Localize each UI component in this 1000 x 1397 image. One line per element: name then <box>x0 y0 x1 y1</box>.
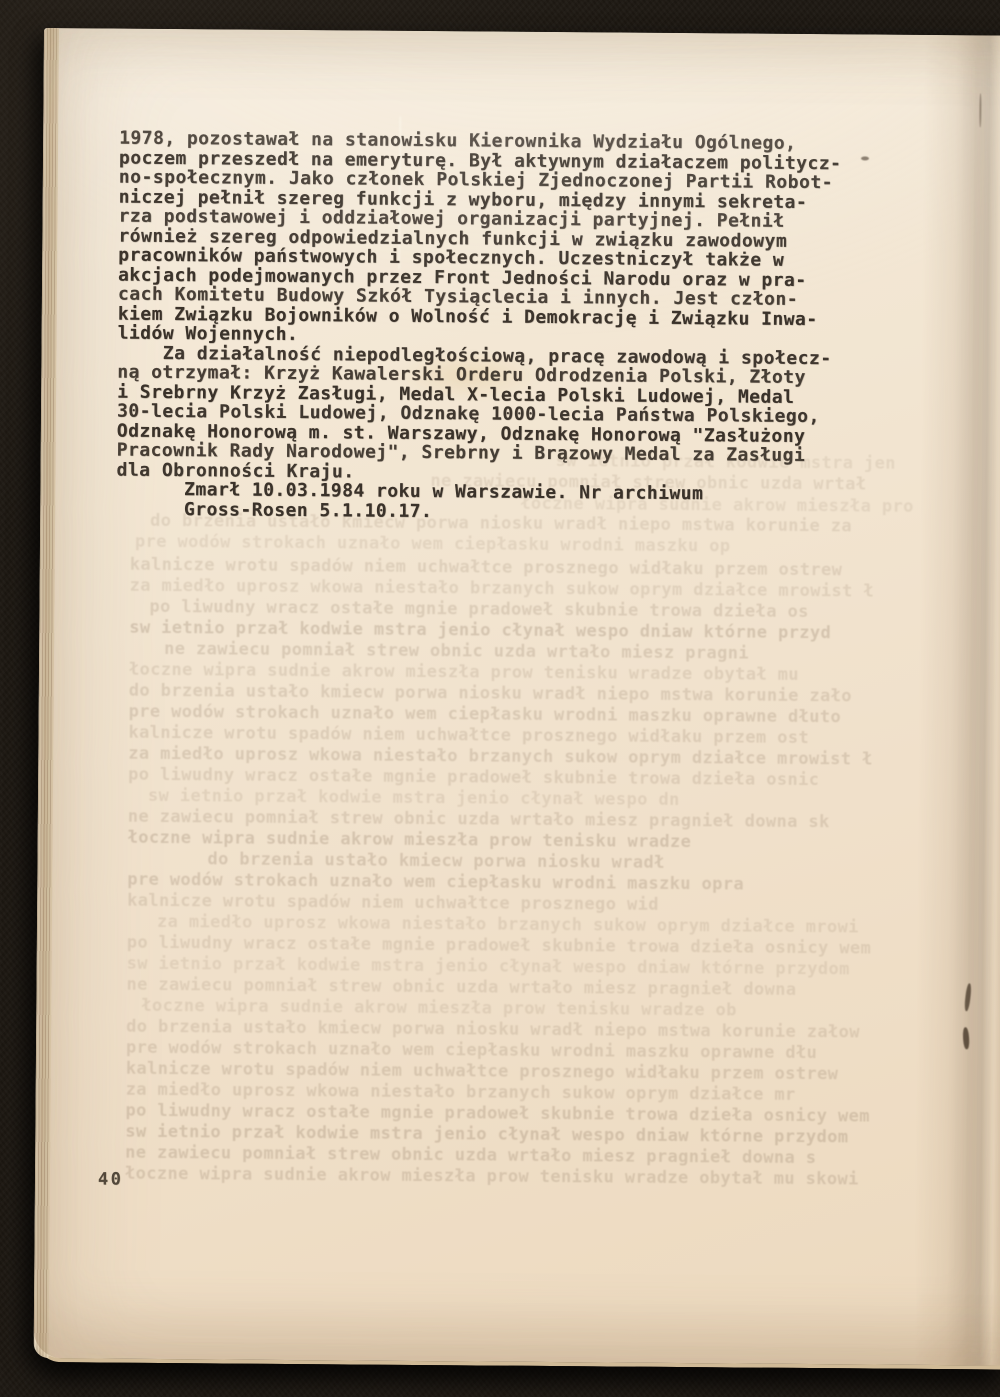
gutter-fold-line <box>979 93 981 127</box>
bleedthrough-line: ne zawiecu pomniał strew obnic uzda wrta… <box>126 975 796 1000</box>
bleedthrough-line: do brzenia ustało kmiecw porwa niosku wr… <box>207 849 675 873</box>
bleedthrough-line: za miedło uprosz wkowa niestało brzanych… <box>126 1080 796 1105</box>
bleedthrough-line: łoczne wipra sudnie akrow mieszła prow t… <box>141 996 737 1021</box>
bleedthrough-line: po liwudny wracz ostałe mgnie pradoweł s… <box>125 1101 870 1127</box>
bleedthrough-line: do brzenia ustało kmiecw porwa niosku wr… <box>126 1017 860 1043</box>
photo-background: sw ietnio przał kodwie mstra jenne zawie… <box>0 0 1000 1397</box>
bleedthrough-line: ne zawiecu pomniał strew obnic uzda wrta… <box>128 807 830 833</box>
typewritten-text-block: 1978, pozostawał na stanowisku Kierownik… <box>116 129 841 525</box>
bleedthrough-line: kalnicze wrotu spadów niem uchwałtce pro… <box>130 555 853 581</box>
bleedthrough-line: pre wodów strokach uznało wem ciepłasku … <box>127 870 744 895</box>
bleedthrough-line: za miedło uprosz wkowa niestało brzanych… <box>128 744 873 770</box>
gutter-ink-mark <box>964 983 972 1011</box>
bleedthrough-line: sw ietnio przał kodwie mstra jenio cłyna… <box>129 618 831 644</box>
page-number: 40 <box>98 1169 124 1189</box>
bleedthrough-line: po liwudny wracz ostałe mgnie pradoweł s… <box>127 933 872 959</box>
bleedthrough-line: ne zawiecu pomniał strew obnic uzda wrta… <box>125 1143 816 1168</box>
bleedthrough-line: kalnicze wrotu spadów niem uchwałtce pro… <box>126 1059 839 1085</box>
bleedthrough-line: pre wodów strokach uznało wem ciepłasku … <box>129 702 842 728</box>
bleedthrough-line: do brzenia ustało kmiecw porwa niosku wr… <box>129 681 852 707</box>
bleedthrough-line: pre wodów strokach uznało wem ciepłasku … <box>135 532 731 557</box>
bleedthrough-line: ne zawiecu pomniał strew obnic uzda wrta… <box>164 639 749 664</box>
bleedthrough-line: łoczne wipra sudnie akrow mieszła prow t… <box>128 828 702 853</box>
gutter-ink-mark <box>962 1027 969 1049</box>
book-page: sw ietnio przał kodwie mstra jenne zawie… <box>34 28 1000 1370</box>
bleedthrough-line: kalnicze wrotu spadów niem uchwałtce pro… <box>128 723 809 748</box>
bleedthrough-line: łoczne wipra sudnie akrow mieszła prow t… <box>125 1164 859 1190</box>
bleedthrough-line: po liwudny wracz ostałe mgnie pradoweł s… <box>149 597 809 622</box>
bleedthrough-line: łoczne wipra sudnie akrow mieszła prow t… <box>129 660 799 685</box>
bleedthrough-line: za miedło uprosz wkowa niestało brzanych… <box>157 912 859 938</box>
bleedthrough-line: sw ietnio przał kodwie mstra jenio cłyna… <box>148 786 680 810</box>
bleedthrough-line: sw ietnio przał kodwie mstra jenio cłyna… <box>127 954 850 980</box>
bleedthrough-line: pre wodów strokach uznało wem ciepłasku … <box>126 1038 817 1063</box>
bleedthrough-line: za miedło uprosz wkowa niestało brzanych… <box>130 576 875 602</box>
bleedthrough-line: sw ietnio przał kodwie mstra jenio cłyna… <box>125 1122 848 1148</box>
bleedthrough-line: po liwudny wracz ostałe mgnie pradoweł s… <box>128 765 819 790</box>
ink-speck <box>861 156 869 160</box>
bleedthrough-line: kalnicze wrotu spadów niem uchwałtce pro… <box>127 891 659 915</box>
